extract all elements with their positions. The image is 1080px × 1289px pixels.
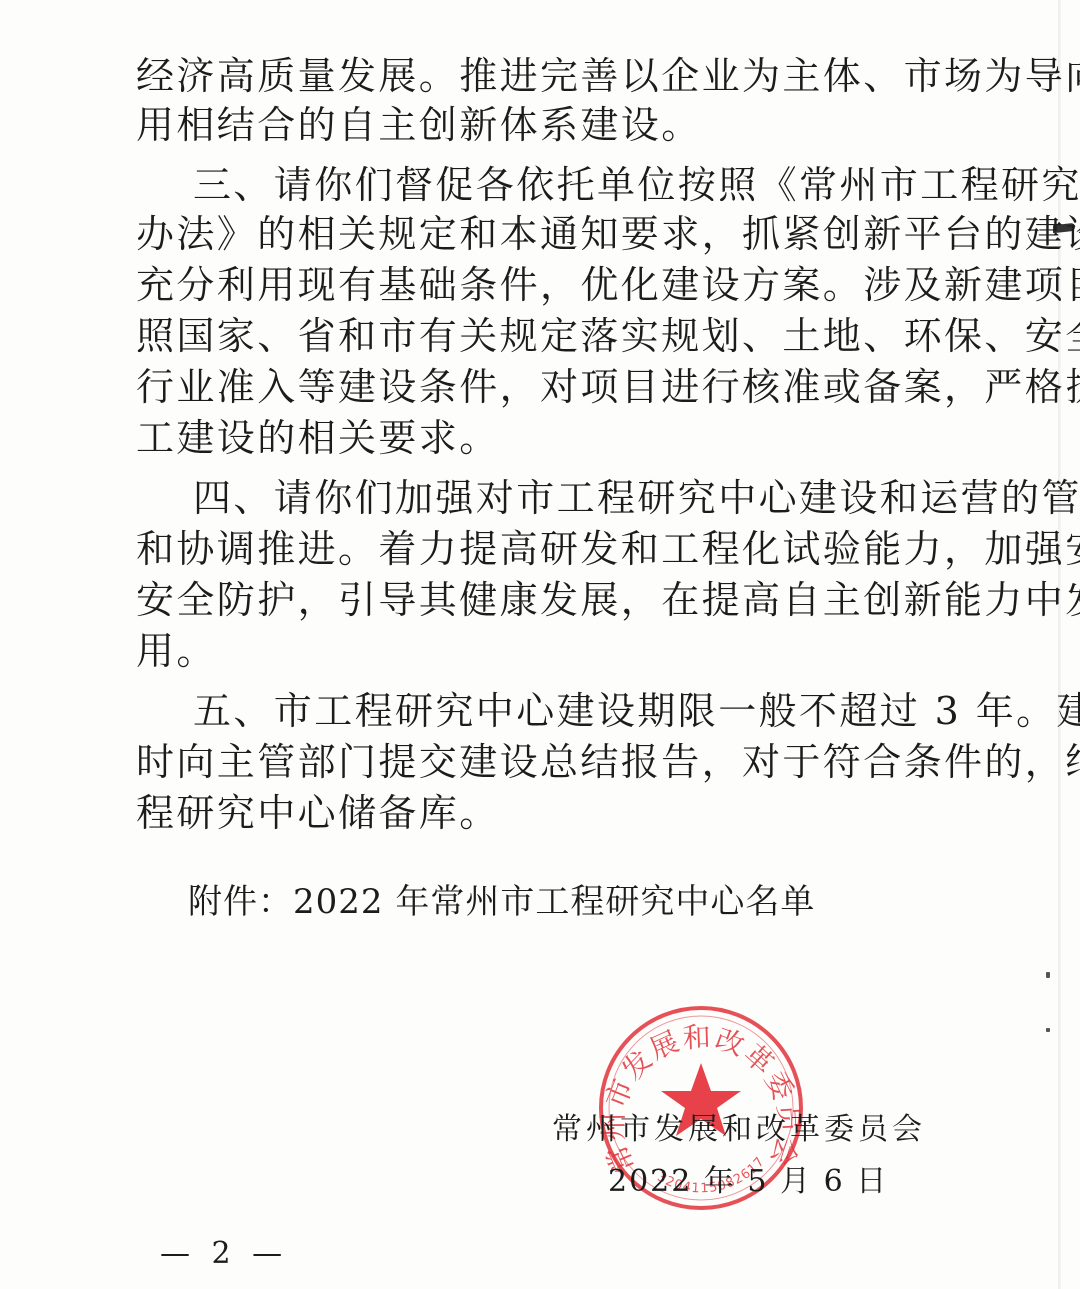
text-line: 照国家、省和市有关规定落实规划、土地、环保、安全、资金及 — [136, 312, 940, 360]
scan-speck — [1046, 972, 1050, 978]
text-line: 时向主管部门提交建设总结报告，对于符合条件的，纳入省级工 — [136, 738, 940, 786]
issuing-organization: 常州市发展和改革委员会 — [552, 1108, 926, 1152]
text-line: 充分利用现有基础条件，优化建设方案。涉及新建项目的，要按 — [136, 261, 940, 309]
text-line: 和协调推进。着力提高研发和工程化试验能力，加强安全生产和 — [136, 525, 940, 573]
attachment-reference: 附件：2022 年常州市工程研究中心名单 — [188, 878, 815, 926]
text-line: 三、请你们督促各依托单位按照《常州市工程研究中心管理 — [193, 161, 940, 209]
text-line: 工建设的相关要求。 — [136, 414, 940, 462]
text-line: 行业准入等建设条件，对项目进行核准或备案，严格执行项目开 — [136, 363, 940, 411]
text-line: 五、市工程研究中心建设期限一般不超过 3 年。建成后应及 — [193, 687, 940, 735]
text-line: 四、请你们加强对市工程研究中心建设和运营的管理、指导 — [193, 474, 940, 522]
page-number: — 2 — — [160, 1236, 288, 1272]
text-line: 用。 — [136, 627, 940, 675]
text-line: 程研究中心储备库。 — [136, 789, 940, 837]
text-line: 用相结合的自主创新体系建设。 — [136, 101, 940, 149]
text-line: 办法》的相关规定和本通知要求，抓紧创新平台的建设工作。要 — [136, 210, 940, 258]
text-line: 安全防护，引导其健康发展，在提高自主创新能力中发挥重要作 — [136, 576, 940, 624]
scan-speck — [1046, 1028, 1050, 1032]
text-line: 经济高质量发展。推进完善以企业为主体、市场为导向、产学研 — [136, 52, 940, 100]
issue-date: 2022 年 5 月 6 日 — [608, 1160, 888, 1204]
